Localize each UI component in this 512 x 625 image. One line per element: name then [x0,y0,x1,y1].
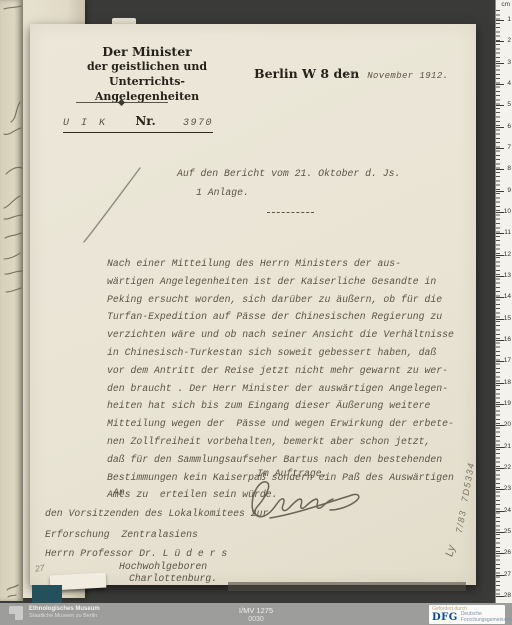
body-line: daß für den Sammlungsaufseher Bartus nac… [107,451,467,469]
ruler-unit-label: cm [501,1,510,8]
body-line: nen Zollfreiheit vorbehalten, bemerkt ab… [107,433,467,451]
dfg-name-line2: Forschungsgemeinschaft [461,618,512,624]
ruler-number: 6 [507,123,511,130]
ruler-cm-mark: 19 [496,394,512,415]
reference-line2: 1 Anlage. [196,187,249,198]
ruler-cm-mark: 2 [496,31,512,52]
letterhead-divider [76,101,168,104]
museum-logo-icon [9,606,23,620]
ruler-cm-mark: 20 [496,415,512,436]
body-line: verzichten wäre und ob nach seiner Ansic… [107,326,467,344]
body-line: Peking ersucht worden, sich darüber zu ä… [107,291,467,309]
ruler-number: 5 [507,101,511,108]
ruler-cm-mark: 23 [496,479,512,500]
ruler-cm-mark: 24 [496,501,512,522]
ruler-cm-mark: 11 [496,223,512,244]
address-line5: Charlottenburg. [129,573,217,584]
document-scan-viewport: Der Minister der geistlichen und Unterri… [0,0,512,625]
scan-page-number: 0030 [239,615,273,624]
ruler-cm-mark: 27 [496,565,512,586]
ruler-cm-mark: 12 [496,245,512,266]
ruler-number: 13 [504,272,511,279]
letter-body: Nach einer Mitteilung des Herrn Minister… [107,222,467,504]
ruler-cm-mark: 26 [496,543,512,564]
letterhead-line1: Der Minister [58,44,236,59]
ruler-cm-mark: 15 [496,309,512,330]
letterhead: Der Minister der geistlichen und Unterri… [58,44,236,104]
ruler-cm-mark: 6 [496,117,512,138]
body-line: den braucht . Der Herr Minister der ausw… [107,380,467,398]
museum-branding: Ethnologisches Museum Staatliche Museen … [9,606,100,620]
file-nr-label: Nr. [135,114,155,128]
reference-line1: Auf den Bericht vom 21. Oktober d. Js. [177,168,400,179]
ruler-number: 18 [504,379,511,386]
body-line: Turfan-Expedition auf Pässe der Chinesis… [107,308,467,326]
address-line3: Herrn Professor Dr. L ü d e r s [45,548,227,559]
address-line2: Erforschung Zentralasiens [45,529,198,540]
ruler-cm-mark: 3 [496,53,512,74]
pencil-initials: Ly [443,544,458,558]
ruler-number: 28 [504,592,511,599]
previous-page-edge [0,0,23,601]
file-number: 3970 [183,118,213,129]
ruler-number: 25 [504,528,511,535]
body-line: heiten hat sich bis zum Eingang dieser Ä… [107,397,467,415]
ruler-number: 7 [507,144,511,151]
ruler-number: 11 [504,229,511,236]
ruler-cm-mark: 10 [496,202,512,223]
ruler-number: 21 [504,443,511,450]
ruler-cm-mark: 13 [496,266,512,287]
file-reference-row: U I K Nr. 3970 [63,114,213,133]
ruler-number: 14 [504,293,511,300]
ruler-number: 1 [507,16,511,23]
body-line: wärtigen Angelegenheiten ist der Kaiserl… [107,273,467,291]
dashed-separator [267,212,314,213]
museum-subname: Staatliche Museen zu Berlin [29,613,100,620]
ruler-number: 19 [504,400,511,407]
body-line: in Chinesisch-Turkestan sich soweit gebe… [107,344,467,362]
ruler-cm-mark: 7 [496,138,512,159]
ruler-cm-mark: 5 [496,95,512,116]
ruler-number: 24 [504,507,511,514]
address-line4: Hochwohlgeboren [119,561,207,572]
archive-identifier: I/MV 1275 0030 [239,606,273,624]
ruler-cm-mark: 1 [496,10,512,31]
address-line1: den Vorsitzenden des Lokalkomitees zur [45,508,268,519]
letterhead-line2: der geistlichen und Unterrichts- [58,59,236,89]
ruler-number: 10 [504,208,511,215]
body-line: Nach einer Mitteilung des Herrn Minister… [107,255,467,273]
ruler-number: 4 [507,80,511,87]
ruler-cm-mark: 25 [496,522,512,543]
ruler-number: 9 [507,187,511,194]
ruler-number: 2 [507,37,511,44]
ruler-cm-mark: 21 [496,437,512,458]
ruler-number: 12 [504,251,511,258]
file-code: U I K [63,118,108,129]
ruler-number: 17 [504,357,511,364]
address-an: An [113,487,125,498]
ruler-cm-mark: 4 [496,74,512,95]
ruler-number: 22 [504,464,511,471]
ruler-cm-mark: 14 [496,287,512,308]
ruler-number: 20 [504,421,511,428]
museum-name: Ethnologisches Museum [29,606,100,613]
footer-bar: Ethnologisches Museum Staatliche Museen … [0,603,512,625]
dateline-date: 27. November 1912. [344,71,448,81]
ruler-number: 27 [504,571,511,578]
dfg-acronym: DFG [432,612,458,623]
ruler-number: 16 [504,336,511,343]
ruler-number: 15 [504,315,511,322]
ruler-cm-mark: 18 [496,373,512,394]
pencil-number: 27 [34,562,45,573]
letter-page: Der Minister der geistlichen und Unterri… [30,24,476,585]
body-line: vor dem Antritt der Reise jetzt nicht me… [107,362,467,380]
body-line: Mitteilung wegen der Pässe und wegen Erw… [107,415,467,433]
ruler-cm-mark: 8 [496,159,512,180]
dfg-logo: Gefördert durch DFG Deutsche Forschungsg… [429,605,505,624]
archive-id: I/MV 1275 [239,606,273,615]
ruler-cm-mark: 17 [496,351,512,372]
teal-patch [32,585,62,603]
ruler-number: 26 [504,549,511,556]
ruler-number: 3 [507,59,511,66]
ruler-number: 23 [504,485,511,492]
handwriting-fragments-icon [0,0,23,601]
ruler-cm-mark: 9 [496,181,512,202]
ruler-cm-mark: 16 [496,330,512,351]
ruler-scale: 1 2 3 4 5 6 [496,10,512,607]
diamond-ornament-icon [118,99,125,106]
page-bottom-shadow [228,582,466,591]
cm-ruler: cm 1 2 3 4 5 [495,0,512,603]
ruler-cm-mark: 22 [496,458,512,479]
ruler-number: 8 [507,165,511,172]
